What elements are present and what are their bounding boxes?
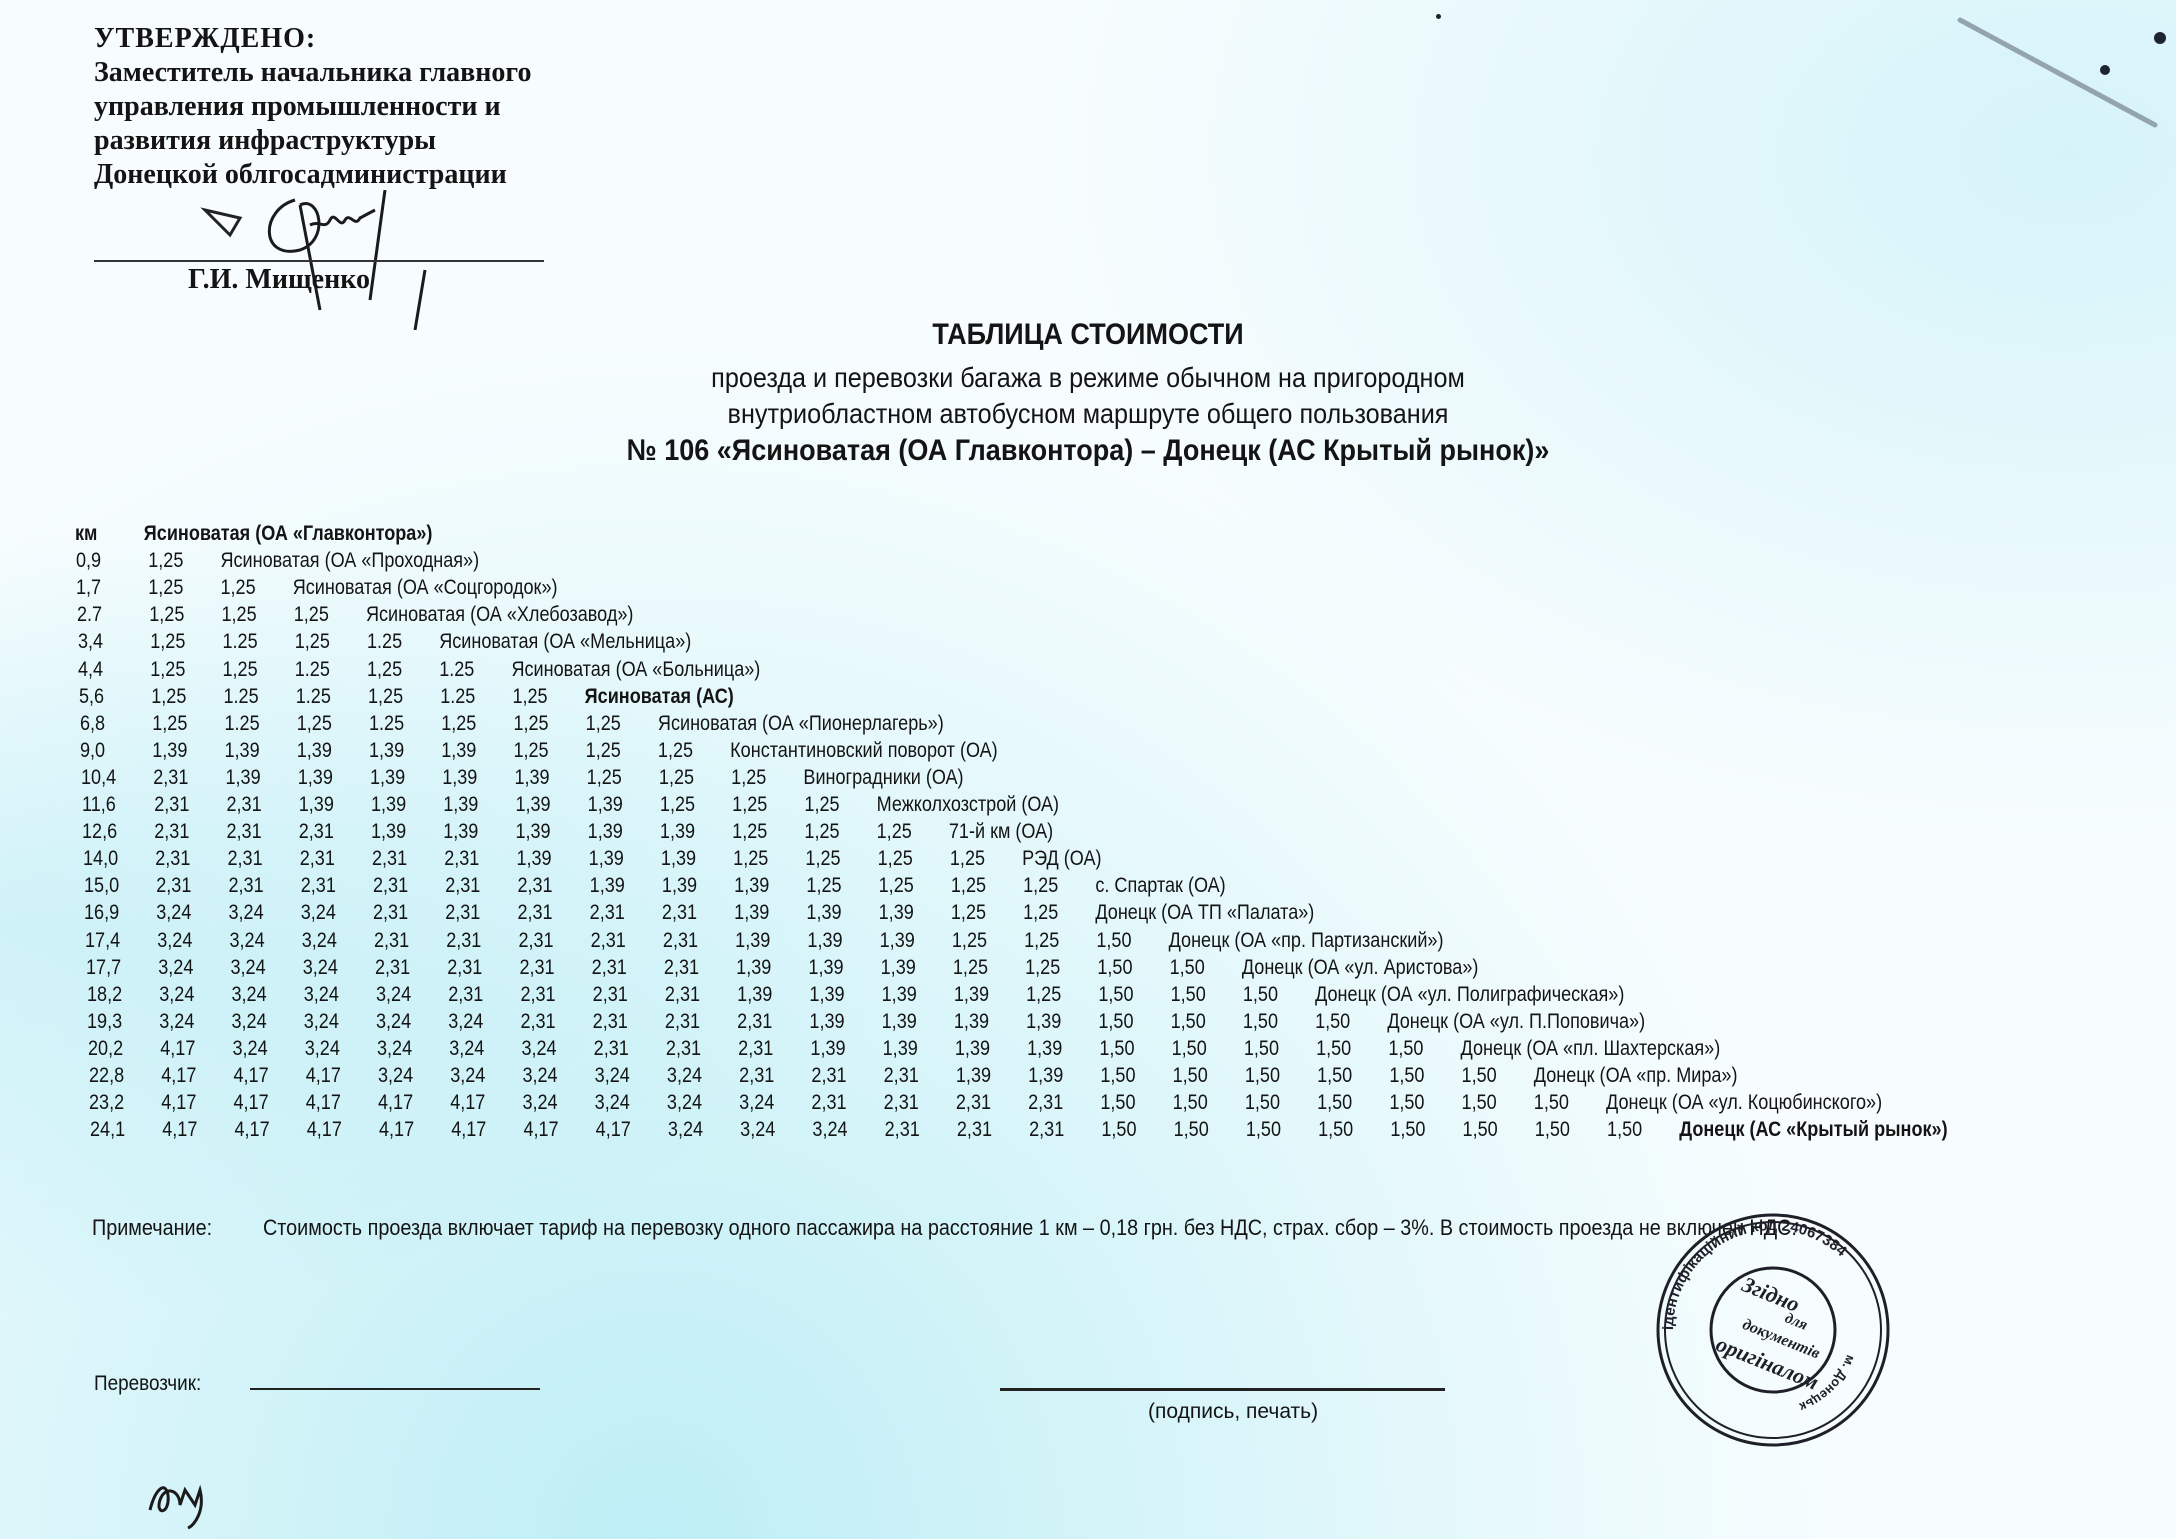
price-cell: 1,50 — [1172, 1064, 1207, 1088]
price-cell: 1,39 — [881, 983, 916, 1007]
price-cell: 1,39 — [810, 1037, 845, 1061]
price-cell: 3,24 — [375, 983, 410, 1007]
price-cell: 2,31 — [885, 1118, 920, 1142]
price-cell: 1,39 — [953, 983, 988, 1007]
price-cell: 1,39 — [589, 847, 624, 871]
price-cell: 2,31 — [373, 874, 408, 898]
price-cell: 2,31 — [666, 1037, 701, 1061]
price-cell: 1,25 — [296, 712, 331, 736]
km-cell: 16,9 — [84, 901, 119, 925]
price-cell: 3,24 — [448, 1010, 483, 1034]
price-cell: 2,31 — [226, 793, 261, 817]
price-cell: 2,31 — [811, 1064, 846, 1088]
price-cell: 1,50 — [1169, 956, 1204, 980]
price-cell: 1,25 — [658, 739, 693, 763]
price-cell: 4,17 — [451, 1118, 486, 1142]
price-cell: 3,24 — [304, 1010, 339, 1034]
price-cell: 2,31 — [594, 1037, 629, 1061]
price-cell: 1.25 — [296, 685, 331, 709]
price-cell: 1,39 — [371, 820, 406, 844]
price-cell: 1,50 — [1607, 1118, 1642, 1142]
km-cell: 6,8 — [80, 712, 105, 736]
price-cell: 1,50 — [1390, 1091, 1425, 1115]
price-cell: 3,24 — [740, 1118, 775, 1142]
price-cell: 2,31 — [228, 847, 263, 871]
price-cell: 3,24 — [666, 1064, 701, 1088]
price-cell: 1,25 — [1025, 956, 1060, 980]
price-cell: 1,50 — [1242, 983, 1277, 1007]
official-stamp-icon: ідентифікаційний код 24067384 м. Донецьк… — [1648, 1200, 1898, 1460]
km-cell: 1,7 — [76, 576, 101, 600]
price-cell: 1,25 — [223, 658, 258, 682]
km-header: км — [75, 522, 97, 546]
stop-name: Донецк (ОА «ул. П.Поповича») — [1388, 1010, 1646, 1034]
price-cell: 3,24 — [523, 1091, 558, 1115]
stop-name: РЭД (ОА) — [1022, 847, 1101, 871]
price-cell: 1,50 — [1100, 1064, 1135, 1088]
price-cell: 4,17 — [234, 1091, 269, 1115]
price-cell: 1,39 — [588, 820, 623, 844]
price-cell: 1,39 — [444, 820, 479, 844]
price-cell: 4,17 — [233, 1064, 268, 1088]
price-cell: 3,24 — [378, 1064, 413, 1088]
price-cell: 3,24 — [157, 901, 192, 925]
price-cell: 3,24 — [232, 1037, 267, 1061]
price-cell: 3,24 — [303, 956, 338, 980]
price-cell: 2,31 — [812, 1091, 847, 1115]
price-cell: 1,25 — [731, 766, 766, 790]
price-cell: 2,31 — [444, 847, 479, 871]
price-cell: 1,39 — [298, 766, 333, 790]
price-cell: 1,50 — [1315, 1010, 1350, 1034]
price-cell: 1,25 — [149, 603, 184, 627]
price-cell: 3,24 — [812, 1118, 847, 1142]
signature-stamp-line — [1000, 1388, 1445, 1391]
price-cell: 2,31 — [299, 820, 334, 844]
price-cell: 1,50 — [1388, 1037, 1423, 1061]
price-cell: 1,39 — [226, 766, 261, 790]
price-cell: 3,24 — [302, 929, 337, 953]
title-subtitle-1: проезда и перевозки багажа в режиме обыч… — [109, 360, 2067, 396]
price-cell: 1,39 — [882, 1010, 917, 1034]
stop-name: Донецк (ОА «ул. Аристова») — [1242, 956, 1479, 980]
km-cell: 23,2 — [89, 1091, 124, 1115]
price-cell: 1,50 — [1535, 1118, 1570, 1142]
price-cell: 2,31 — [520, 983, 555, 1007]
price-cell: 2,31 — [592, 956, 627, 980]
price-cell: 1,25 — [151, 658, 186, 682]
initials-scrawl-icon — [140, 1470, 230, 1530]
stop-name: Донецк (ОА «пр. Мира») — [1533, 1064, 1737, 1088]
price-cell: 4,17 — [523, 1118, 558, 1142]
price-cell: 2,31 — [665, 1010, 700, 1034]
price-cell: 1,50 — [1173, 1118, 1208, 1142]
price-cell: 1,25 — [441, 712, 476, 736]
price-cell: 2,31 — [664, 983, 699, 1007]
price-cell: 1.25 — [367, 630, 402, 654]
price-cell: 2,31 — [372, 847, 407, 871]
price-cell: 1,25 — [585, 712, 620, 736]
price-cell: 4,17 — [161, 1091, 196, 1115]
price-cell: 1,50 — [1173, 1091, 1208, 1115]
km-cell: 17,4 — [85, 929, 120, 953]
price-cell: 3,24 — [159, 983, 194, 1007]
price-cell: 1,25 — [150, 630, 185, 654]
price-cell: 1,25 — [587, 766, 622, 790]
stop-name: Ясиноватая (ОА «Проходная») — [220, 549, 479, 573]
price-cell: 1,25 — [660, 793, 695, 817]
price-cell: 2,31 — [1028, 1091, 1063, 1115]
price-cell: 3,24 — [377, 1037, 412, 1061]
km-cell: 24,1 — [90, 1118, 125, 1142]
price-cell: 1,39 — [661, 847, 696, 871]
price-cell: 2,31 — [738, 1037, 773, 1061]
price-cell: 1,25 — [805, 820, 840, 844]
price-cell: 2,31 — [737, 1010, 772, 1034]
price-cell: 1,39 — [734, 874, 769, 898]
price-cell: 3,24 — [449, 1037, 484, 1061]
price-cell: 2,31 — [956, 1091, 991, 1115]
price-cell: 1,39 — [880, 929, 915, 953]
km-cell: 14,0 — [83, 847, 118, 871]
price-cell: 2,31 — [155, 847, 190, 871]
stop-name: Ясиноватая (ОА «Пионерлагерь») — [658, 712, 944, 736]
price-cell: 1,50 — [1098, 983, 1133, 1007]
price-cell: 2,31 — [590, 901, 625, 925]
price-cell: 1,25 — [513, 685, 548, 709]
km-cell: 15,0 — [84, 874, 119, 898]
price-cell: 3,24 — [595, 1091, 630, 1115]
price-cell: 1,25 — [951, 901, 986, 925]
price-cell: 3,24 — [232, 1010, 267, 1034]
price-cell: 2,31 — [445, 874, 480, 898]
price-cell: 1,25 — [878, 874, 913, 898]
price-cell: 1,50 — [1170, 983, 1205, 1007]
price-cell: 1,39 — [737, 983, 772, 1007]
km-cell: 18,2 — [87, 983, 122, 1007]
price-cell: 4,17 — [379, 1118, 414, 1142]
price-cell: 1,25 — [586, 739, 621, 763]
price-cell: 1,39 — [809, 983, 844, 1007]
price-cell: 1,39 — [810, 1010, 845, 1034]
price-cell: 1,25 — [733, 820, 768, 844]
stop-name: 71-й км (ОА) — [949, 820, 1053, 844]
price-cell: 2,31 — [884, 1091, 919, 1115]
km-cell: 12,6 — [82, 820, 117, 844]
stop-name: Донецк (ОА «пр. Партизанский») — [1169, 929, 1444, 953]
price-cell: 1,50 — [1171, 1010, 1206, 1034]
price-cell: 1,50 — [1534, 1091, 1569, 1115]
price-cell: 1,39 — [1028, 1064, 1063, 1088]
price-cell: 1,39 — [589, 874, 624, 898]
price-cell: 1.25 — [295, 658, 330, 682]
stop-name: Ясиноватая (ОА «Хлебозавод») — [366, 603, 633, 627]
price-cell: 1,50 — [1243, 1010, 1278, 1034]
price-cell: 2,31 — [373, 901, 408, 925]
price-cell: 2,31 — [446, 901, 481, 925]
price-cell: 1,39 — [298, 793, 333, 817]
price-cell: 1,39 — [882, 1037, 917, 1061]
price-cell: 1,25 — [804, 793, 839, 817]
price-cell: 1,50 — [1171, 1037, 1206, 1061]
km-cell: 4,4 — [78, 658, 103, 682]
price-cell: 1,25 — [514, 739, 549, 763]
price-cell: 3,24 — [522, 1064, 557, 1088]
stop-name: Ясиноватая (ОА «Мельница») — [439, 630, 691, 654]
price-cell: 1,25 — [148, 549, 183, 573]
price-cell: 1,39 — [807, 901, 842, 925]
price-cell: 2,31 — [447, 956, 482, 980]
price-cell: 2,31 — [153, 766, 188, 790]
price-cell: 3,24 — [301, 901, 336, 925]
price-cell: 2,31 — [228, 874, 263, 898]
price-cell: 1,39 — [955, 1037, 990, 1061]
price-cell: 3,24 — [594, 1064, 629, 1088]
price-cell: 1,39 — [442, 739, 477, 763]
price-cell: 4,17 — [306, 1091, 341, 1115]
price-cell: 2,31 — [518, 901, 553, 925]
price-cell: 4,17 — [378, 1091, 413, 1115]
price-cell: 2,31 — [593, 1010, 628, 1034]
price-cell: 1,39 — [225, 739, 260, 763]
price-cell: 3,24 — [157, 929, 192, 953]
price-cell: 1,39 — [516, 820, 551, 844]
price-cell: 1,50 — [1318, 1118, 1353, 1142]
km-cell: 11,6 — [82, 793, 116, 817]
origin-stop: Ясиноватая (ОА «Главконтора») — [144, 522, 433, 546]
price-cell: 1,50 — [1101, 1118, 1136, 1142]
price-cell: 2,31 — [375, 956, 410, 980]
price-cell: 1,50 — [1099, 1010, 1134, 1034]
price-cell: 1,25 — [659, 766, 694, 790]
price-cell: 2,31 — [662, 901, 697, 925]
price-cell: 1,25 — [806, 847, 841, 871]
price-cell: 1,25 — [151, 685, 186, 709]
price-cell: 1,39 — [880, 956, 915, 980]
price-cell: 1.25 — [222, 630, 257, 654]
price-cell: 4,17 — [450, 1091, 485, 1115]
price-cell: 1,25 — [221, 576, 256, 600]
carrier-label: Перевозчик: — [94, 1372, 201, 1396]
price-cell: 4,17 — [161, 1064, 196, 1088]
price-cell: 1,25 — [294, 630, 329, 654]
price-cell: 3,24 — [158, 956, 193, 980]
svg-text:для: для — [1782, 1310, 1809, 1334]
note-label: Примечание: — [92, 1215, 212, 1241]
price-cell: 4,17 — [234, 1118, 269, 1142]
price-cell: 2,31 — [446, 929, 481, 953]
price-cell: 1,50 — [1099, 1037, 1134, 1061]
price-cell: 4,17 — [160, 1037, 195, 1061]
price-cell: 2,31 — [519, 929, 554, 953]
price-cell: 1,50 — [1462, 1091, 1497, 1115]
stop-name: с. Спартак (ОА) — [1095, 874, 1225, 898]
price-cell: 3,24 — [303, 983, 338, 1007]
price-cell: 4,17 — [596, 1118, 631, 1142]
price-cell: 1,39 — [515, 793, 550, 817]
price-cell: 2,31 — [517, 874, 552, 898]
price-cell: 2,31 — [155, 820, 190, 844]
price-cell: 3,24 — [450, 1064, 485, 1088]
price-cell: 2,31 — [374, 929, 409, 953]
price-cell: 1,50 — [1462, 1118, 1497, 1142]
km-cell: 22,8 — [89, 1064, 124, 1088]
price-cell: 1,39 — [371, 793, 406, 817]
price-cell: 1,50 — [1316, 1037, 1351, 1061]
price-cell: 1,25 — [806, 874, 841, 898]
title-main: ТАБЛИЦА СТОИМОСТИ — [109, 318, 2067, 352]
price-cell: 1,25 — [877, 820, 912, 844]
km-cell: 9,0 — [80, 739, 105, 763]
price-cell: 1,25 — [878, 847, 913, 871]
price-cell: 3,24 — [229, 901, 264, 925]
price-cell: 1,39 — [515, 766, 550, 790]
price-cell: 1,25 — [1024, 901, 1059, 925]
price-cell: 1,50 — [1244, 1064, 1279, 1088]
price-cell: 1,25 — [149, 576, 184, 600]
km-cell: 20,2 — [88, 1037, 123, 1061]
stop-name: Донецк (ОА ТП «Палата») — [1096, 901, 1315, 925]
stop-name: Виноградники (ОА) — [803, 766, 963, 790]
stop-name: Донецк (ОА «ул. Полиграфическая») — [1315, 983, 1624, 1007]
price-cell: 1,39 — [879, 901, 914, 925]
price-cell: 1,39 — [517, 847, 552, 871]
price-cell: 1,39 — [808, 929, 843, 953]
price-cell: 1,25 — [950, 847, 985, 871]
price-cell: 1.25 — [440, 658, 475, 682]
price-cell: 2,31 — [739, 1064, 774, 1088]
price-cell: 2,31 — [591, 929, 626, 953]
stop-name: Межколхозстрой (ОА) — [876, 793, 1058, 817]
price-cell: 3,24 — [521, 1037, 556, 1061]
price-cell: 1,39 — [587, 793, 622, 817]
price-cell: 2,31 — [300, 847, 335, 871]
price-cell: 1,25 — [951, 874, 986, 898]
price-cell: 1,50 — [1097, 956, 1132, 980]
price-cell: 1,39 — [735, 901, 770, 925]
route-name: № 106 «Ясиноватая (ОА Главконтора) – Дон… — [109, 434, 2067, 468]
price-cell: 1,39 — [369, 739, 404, 763]
price-cell: 1,25 — [1026, 983, 1061, 1007]
price-cell: 2,31 — [227, 820, 262, 844]
price-cell: 1,25 — [733, 847, 768, 871]
price-cell: 3,24 — [668, 1118, 703, 1142]
price-cell: 1,25 — [953, 956, 988, 980]
price-cell: 1,50 — [1317, 1091, 1352, 1115]
carrier-line — [250, 1388, 540, 1390]
price-cell: 1,50 — [1317, 1064, 1352, 1088]
price-cell: 1,39 — [1027, 1037, 1062, 1061]
price-cell: 2,31 — [156, 874, 191, 898]
price-cell: 1.25 — [440, 685, 475, 709]
price-cell: 1,39 — [662, 874, 697, 898]
price-cell: 1,25 — [513, 712, 548, 736]
price-cell: 3,24 — [739, 1091, 774, 1115]
svg-text:Згідно: Згідно — [1738, 1271, 1804, 1317]
price-cell: 1,50 — [1461, 1064, 1496, 1088]
price-cell: 2,31 — [592, 983, 627, 1007]
price-cell: 1,25 — [222, 603, 257, 627]
price-cell: 1,39 — [954, 1010, 989, 1034]
price-cell: 1,39 — [660, 820, 695, 844]
price-cell: 4,17 — [305, 1064, 340, 1088]
price-cell: 3,24 — [159, 1010, 194, 1034]
price-cell: 1,39 — [297, 739, 332, 763]
title-subtitle-2: внутриобластном автобусном маршруте обще… — [109, 396, 2067, 432]
price-cell: 3,24 — [305, 1037, 340, 1061]
price-cell: 1,39 — [955, 1064, 990, 1088]
price-cell: 3,24 — [231, 983, 266, 1007]
price-cell: 1,39 — [153, 739, 188, 763]
price-cell: 2,31 — [883, 1064, 918, 1088]
price-cell: 1,39 — [1026, 1010, 1061, 1034]
price-cell: 1,25 — [152, 712, 187, 736]
price-cell: 2,31 — [521, 1010, 556, 1034]
stop-name: Донецк (АС «Крытый рынок») — [1679, 1118, 1947, 1142]
price-cell: 1,39 — [442, 766, 477, 790]
price-cell: 1,50 — [1390, 1118, 1425, 1142]
price-cell: 1,39 — [370, 766, 405, 790]
stop-name: Ясиноватая (ОА «Больница») — [512, 658, 761, 682]
price-cell: 3,24 — [230, 929, 265, 953]
price-cell: 1,50 — [1246, 1118, 1281, 1142]
price-cell: 2,31 — [301, 874, 336, 898]
price-cell: 1,25 — [368, 685, 403, 709]
price-cell: 1,39 — [443, 793, 478, 817]
km-cell: 3,4 — [78, 630, 103, 654]
price-cell: 1,50 — [1101, 1091, 1136, 1115]
price-cell: 2,31 — [519, 956, 554, 980]
signature-caption: (подпись, печать) — [1148, 1400, 1318, 1424]
stop-name: Донецк (ОА «пл. Шахтерская») — [1460, 1037, 1720, 1061]
price-cell: 1.25 — [224, 685, 259, 709]
stop-name: Ясиноватая (АС) — [585, 685, 734, 709]
price-cell: 2,31 — [448, 983, 483, 1007]
price-cell: 2,31 — [957, 1118, 992, 1142]
stop-name: Донецк (ОА «ул. Коцюбинского») — [1606, 1091, 1882, 1115]
price-cell: 1,39 — [735, 929, 770, 953]
price-cell: 1,25 — [732, 793, 767, 817]
price-cell: 2,31 — [664, 956, 699, 980]
price-cell: 2,31 — [663, 929, 698, 953]
price-cell: 1,50 — [1097, 929, 1132, 953]
km-cell: 5,6 — [79, 685, 104, 709]
price-cell: 1,25 — [294, 603, 329, 627]
price-cell: 1,25 — [1024, 929, 1059, 953]
price-cell: 1.25 — [369, 712, 404, 736]
price-cell: 1.25 — [224, 712, 259, 736]
price-cell: 1,25 — [367, 658, 402, 682]
price-cell: 1,50 — [1389, 1064, 1424, 1088]
scan-dot — [1436, 14, 1441, 19]
price-cell: 2,31 — [1029, 1118, 1064, 1142]
price-cell: 1,25 — [1023, 874, 1058, 898]
price-cell: 1,25 — [952, 929, 987, 953]
stop-name: Константиновский поворот (ОА) — [731, 739, 999, 763]
price-cell: 3,24 — [376, 1010, 411, 1034]
price-cell: 4,17 — [307, 1118, 342, 1142]
price-cell: 3,24 — [667, 1091, 702, 1115]
km-cell: 0,9 — [76, 549, 101, 573]
km-cell: 19,3 — [87, 1010, 122, 1034]
stop-name: Ясиноватая (ОА «Соцгородок») — [293, 576, 558, 600]
price-cell: 3,24 — [230, 956, 265, 980]
km-cell: 17,7 — [86, 956, 121, 980]
km-cell: 10,4 — [81, 766, 116, 790]
price-cell: 1,50 — [1245, 1091, 1280, 1115]
scan-scratch-mark — [1955, 10, 2175, 150]
document-title: ТАБЛИЦА СТОИМОСТИ проезда и перевозки ба… — [0, 0, 2176, 468]
